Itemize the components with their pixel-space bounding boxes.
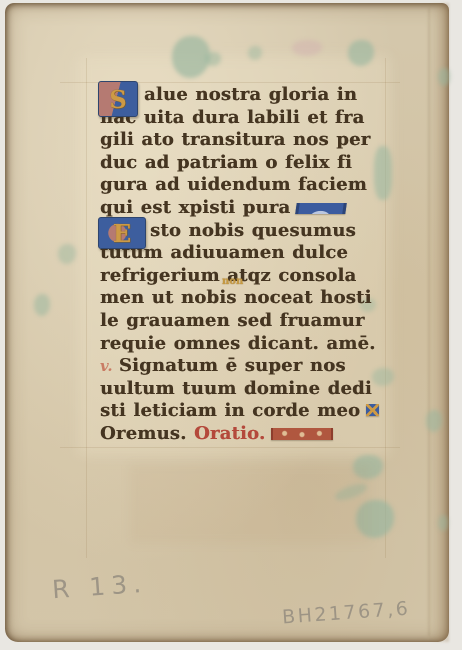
text-line: refrigerium atqz consola xyxy=(100,265,392,288)
text-line: gili ato transitura nos per xyxy=(100,129,392,152)
line-filler-blue-square xyxy=(366,404,379,416)
line-text: Signatum ē super nos xyxy=(119,355,346,376)
ruling-line-left xyxy=(86,58,87,558)
line-text: uultum tuum domine dedi xyxy=(100,378,372,399)
text-line: Oremus. Oratio. xyxy=(100,423,392,446)
line-text: sto nobis quesumus xyxy=(150,220,356,241)
line-text: alue nostra gloria in xyxy=(144,84,357,105)
line-text: sti leticiam in corde meo xyxy=(100,400,360,421)
text-line: v.Signatum ē super nos xyxy=(100,355,392,378)
text-line: alue nostra gloria in xyxy=(100,84,392,107)
ruling-line-bottom xyxy=(60,447,400,448)
text-block: S E non alue nostra gloria in hac uita d… xyxy=(100,84,392,446)
text-line: hac uita dura labili et fra xyxy=(100,107,392,130)
rubric-oratio: Oratio. xyxy=(194,423,265,444)
line-text: hac uita dura labili et fra xyxy=(100,107,364,128)
line-text: requie omnes dicant. amē. xyxy=(100,333,376,354)
verso-show-through xyxy=(130,465,370,543)
text-line: gura ad uidendum faciem xyxy=(100,174,392,197)
text-line: le grauamen sed fruamur xyxy=(100,310,392,333)
line-text: qui est xpisti pura xyxy=(100,197,290,218)
manuscript-leaf-photo: S E non alue nostra gloria in hac uita d… xyxy=(0,0,462,650)
line-text: gili ato transitura nos per xyxy=(100,129,370,150)
text-line: uultum tuum domine dedi xyxy=(100,378,392,401)
line-filler-red-bar xyxy=(271,428,333,440)
text-line: requie omnes dicant. amē. xyxy=(100,333,392,356)
text-line: sti leticiam in corde meo xyxy=(100,400,392,423)
line-filler-blue-bar xyxy=(296,203,348,214)
versicle-mark: v. xyxy=(100,357,113,375)
decorated-initial-e: E xyxy=(98,217,146,249)
line-text: duc ad patriam o felix fi xyxy=(100,152,352,173)
text-line: duc ad patriam o felix fi xyxy=(100,152,392,175)
line-text: men ut nobis noceat hosti xyxy=(100,287,372,308)
line-text: le grauamen sed fruamur xyxy=(100,310,365,331)
text-line: men ut nobis noceat hosti xyxy=(100,287,392,310)
line-text: gura ad uidendum faciem xyxy=(100,174,367,195)
leaf-right-edge-shading xyxy=(430,3,449,642)
line-text: Oremus. xyxy=(100,423,187,444)
vertical-fold-crease xyxy=(428,8,430,636)
decorated-initial-s: S xyxy=(98,81,138,117)
interlinear-correction: non xyxy=(222,276,243,287)
